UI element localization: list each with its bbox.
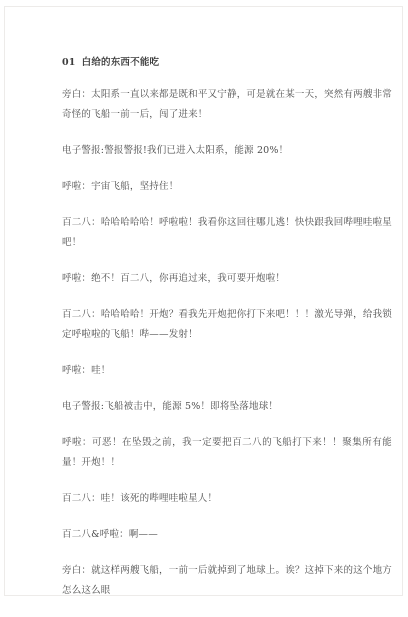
script-line: 呼啦：绝不！百二八，你再追过来，我可要开炮啦！ [62, 269, 392, 289]
script-line: 旁白：太阳系一直以来都是既和平又宁静，可是就在某一天，突然有两艘非常奇怪的飞船一… [62, 85, 392, 125]
script-line: 呼啦：可恶！在坠毁之前，我一定要把百二八的飞船打下来！！聚集所有能量！开炮！！ [62, 433, 392, 473]
script-line: 电子警报:飞船被击中，能源 5%！即将坠落地球！ [62, 397, 392, 417]
script-line: 百二八：哈哈哈哈哈！呼啦啦！我看你这回往哪儿逃！快快跟我回哔哩哇啦星吧！ [62, 213, 392, 253]
script-line: 呼啦：宇宙飞船，坚持住！ [62, 177, 392, 197]
script-line: 电子警报:警报警报!我们已进入太阳系，能源 20%！ [62, 141, 392, 161]
chapter-title-text: 白给的东西不能吃 [82, 57, 160, 68]
chapter-number: 01 [62, 57, 76, 68]
script-line: 呼啦：哇！ [62, 361, 392, 381]
script-content: 01白给的东西不能吃 旁白：太阳系一直以来都是既和平又宁静，可是就在某一天，突然… [62, 53, 392, 580]
script-line: 旁白：就这样两艘飞船，一前一后就掉到了地球上。诶？这掉下来的这个地方怎么这么眼 [62, 561, 392, 580]
script-line: 百二八&呼啦：啊—— [62, 525, 392, 545]
script-line: 百二八：哇！该死的哔哩哇啦星人！ [62, 489, 392, 509]
document-page: 01白给的东西不能吃 旁白：太阳系一直以来都是既和平又宁静，可是就在某一天，突然… [4, 6, 403, 580]
script-line: 百二八：哈哈哈哈！开炮？看我先开炮把你打下来吧！！！激光导弹，给我锁定呼啦啦的飞… [62, 305, 392, 345]
chapter-title: 01白给的东西不能吃 [62, 53, 392, 73]
